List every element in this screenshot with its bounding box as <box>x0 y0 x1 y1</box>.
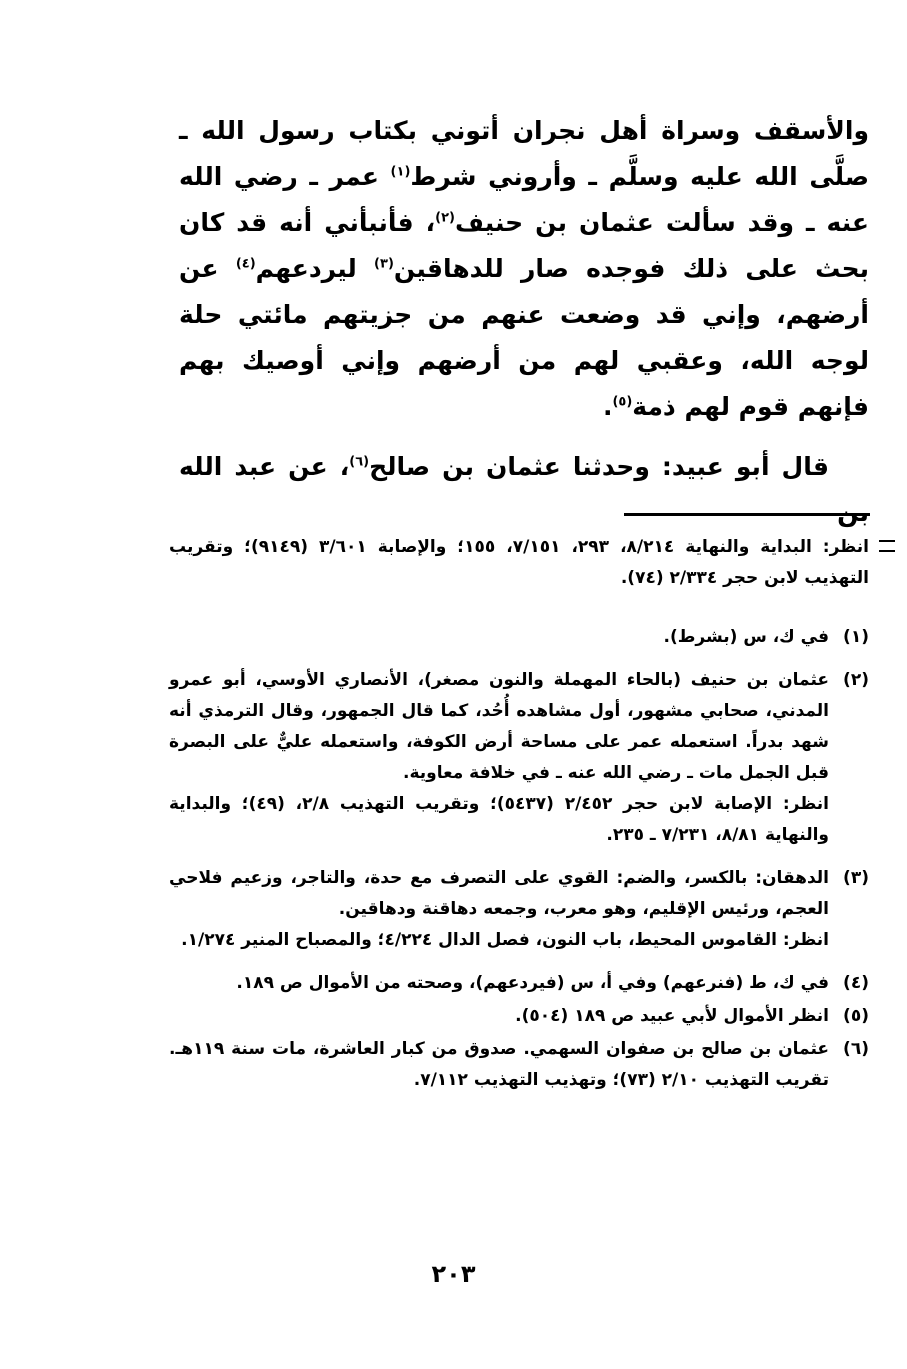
main-text: والأسقف وسراة أهل نجران أتوني بكتاب رسول… <box>179 108 869 536</box>
footnote-5: (٥) انظر الأموال لأبي عبيد ص ١٨٩ (٥٠٤). <box>169 1001 869 1032</box>
footnote-body: عثمان بن صالح بن صفوان السهمي. صدوق من ك… <box>169 1034 829 1096</box>
footnote-text: انظر الأموال لأبي عبيد ص ١٨٩ (٥٠٤). <box>169 1001 829 1032</box>
footnote-body: انظر الأموال لأبي عبيد ص ١٨٩ (٥٠٤). <box>169 1001 829 1032</box>
footnote-ref-4[interactable]: (٤) <box>236 257 256 272</box>
paragraph-1: والأسقف وسراة أهل نجران أتوني بكتاب رسول… <box>179 108 869 430</box>
text-segment: ليردعهم <box>256 254 374 283</box>
paragraph-2: قال أبو عبيد: وحدثنا عثمان بن صالح(٦)، ع… <box>179 444 869 536</box>
footnote-body: في ك، ط (فنرعهم) وفي أ، س (فيردعهم)، وصح… <box>169 968 829 999</box>
footnote-ref-3[interactable]: (٣) <box>374 257 394 272</box>
footnote-body: عثمان بن حنيف (بالحاء المهملة والنون مصغ… <box>169 665 829 851</box>
footnote-number: (٢) <box>829 665 869 851</box>
footnote-6: (٦) عثمان بن صالح بن صفوان السهمي. صدوق … <box>169 1034 869 1096</box>
footnote-text: عثمان بن صالح بن صفوان السهمي. صدوق من ك… <box>169 1034 829 1096</box>
footnote-number: (١) <box>829 622 869 653</box>
footnote-number: (٦) <box>829 1034 869 1096</box>
footnote-text: في ك، س (بشرط). <box>169 622 829 653</box>
footnote-1: (١) في ك، س (بشرط). <box>169 622 869 653</box>
footnote-2: (٢) عثمان بن حنيف (بالحاء المهملة والنون… <box>169 665 869 851</box>
footnote-ref-1[interactable]: (١) <box>391 165 411 180</box>
footnotes: انظر: البداية والنهاية ٨/٢١٤، ٢٩٣، ٧/١٥١… <box>169 532 869 1098</box>
footnote-3: (٣) الدهقان: بالكسر، والضم: القوي على ال… <box>169 863 869 956</box>
footnote-reference: انظر: القاموس المحيط، باب النون، فصل الد… <box>169 925 829 956</box>
footnote-ref-6[interactable]: (٦) <box>349 455 369 470</box>
footnote-reference: انظر: الإصابة لابن حجر ٢/٤٥٢ (٥٤٣٧)؛ وتق… <box>169 789 829 851</box>
footnote-ref-5[interactable]: (٥) <box>612 395 632 410</box>
text-segment: قال أبو عبيد: وحدثنا عثمان بن صالح <box>369 452 829 481</box>
continuation-mark-icon <box>879 540 895 552</box>
footnote-continuation: انظر: البداية والنهاية ٨/٢١٤، ٢٩٣، ٧/١٥١… <box>169 532 869 594</box>
footnote-text: عثمان بن حنيف (بالحاء المهملة والنون مصغ… <box>169 665 829 789</box>
footnote-number: (٥) <box>829 1001 869 1032</box>
page-number: ٢٠٣ <box>0 1260 907 1288</box>
footnote-number: (٣) <box>829 863 869 956</box>
footnote-ref-2[interactable]: (٢) <box>435 211 455 226</box>
footnote-body: في ك، س (بشرط). <box>169 622 829 653</box>
footnote-text: في ك، ط (فنرعهم) وفي أ، س (فيردعهم)، وصح… <box>169 968 829 999</box>
footnote-separator <box>624 513 870 516</box>
footnote-text: الدهقان: بالكسر، والضم: القوي على التصرف… <box>169 863 829 925</box>
footnote-4: (٤) في ك، ط (فنرعهم) وفي أ، س (فيردعهم)،… <box>169 968 869 999</box>
footnote-number: (٤) <box>829 968 869 999</box>
footnote-body: الدهقان: بالكسر، والضم: القوي على التصرف… <box>169 863 829 956</box>
